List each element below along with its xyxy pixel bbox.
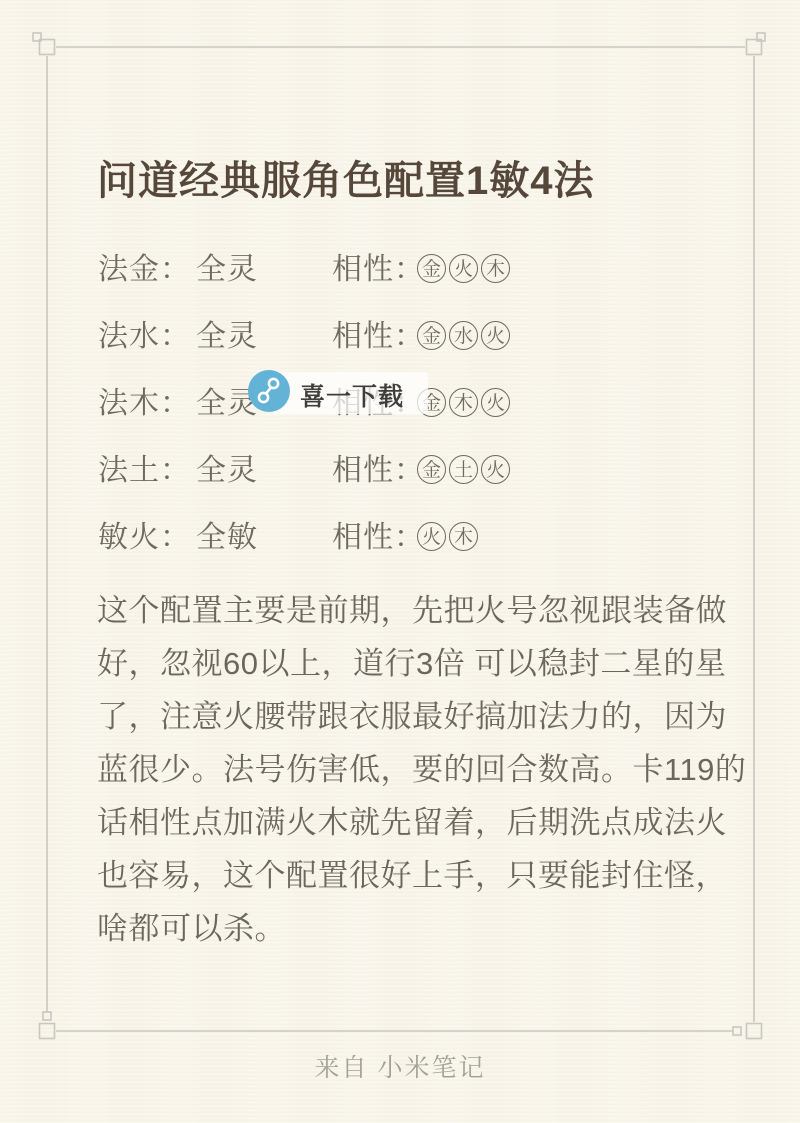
element-circles: 火 木 xyxy=(417,522,478,551)
element-circles: 金 土 火 xyxy=(417,455,510,484)
paragraph-line: 这个配置主要是前期，先把火号忽视跟装备做 xyxy=(97,584,746,637)
element-circle: 火 xyxy=(481,388,510,417)
watermark: 喜一下载 xyxy=(248,368,418,416)
role-label: 法水： xyxy=(98,317,196,357)
element-circle: 水 xyxy=(449,321,478,350)
watermark-text: 喜一下载 xyxy=(300,377,404,413)
frame-corner-top-left xyxy=(33,33,55,55)
share-link-icon xyxy=(248,370,290,412)
frame-corner-top-right xyxy=(747,33,766,55)
element-circle: 木 xyxy=(481,254,510,283)
paragraph-line: 了，注意火腰带跟衣服最好搞加法力的，因为 xyxy=(97,690,746,743)
config-row-minhuo: 敏火： 全敏 相性： 火 木 xyxy=(98,518,510,585)
element-circle: 木 xyxy=(449,388,478,417)
element-circle: 火 xyxy=(417,522,446,551)
paragraph-line: 话相性点加满火木就先留着，后期洗点成法火 xyxy=(97,796,746,849)
element-circle: 木 xyxy=(449,522,478,551)
paragraph-line: 啥都可以杀。 xyxy=(97,902,746,955)
paragraph-line: 好，忽视60以上，道行3倍 可以稳封二星的星 xyxy=(97,637,746,690)
page-title: 问道经典服角色配置1敏4法 xyxy=(97,149,595,206)
config-list: 法金： 全灵 相性： 金 火 木 法水： 全灵 相性： 金 水 火 法木： 全灵… xyxy=(98,250,510,585)
element-circles: 金 木 火 xyxy=(417,388,510,417)
frame-corner-bottom-right xyxy=(733,1024,762,1039)
role-label: 法木： xyxy=(98,384,196,424)
attribute-label: 相性： xyxy=(332,518,417,558)
element-circles: 金 火 木 xyxy=(417,254,510,283)
role-label: 法金： xyxy=(98,250,196,290)
role-value: 全灵 xyxy=(196,250,332,290)
attribute-label: 相性： xyxy=(332,317,417,357)
element-circle: 火 xyxy=(481,455,510,484)
element-circle: 金 xyxy=(417,254,446,283)
frame-corner-bottom-left xyxy=(40,1012,55,1039)
paragraph-line: 也容易，这个配置很好上手，只要能封住怪， xyxy=(97,849,746,902)
element-circle: 金 xyxy=(417,455,446,484)
element-circle: 火 xyxy=(449,254,478,283)
element-circles: 金 水 火 xyxy=(417,321,510,350)
role-label: 敏火： xyxy=(98,518,196,558)
note-page: { "page": { "title": "问道经典服角色配置1敏4法", "f… xyxy=(0,0,800,1123)
config-row-fajin: 法金： 全灵 相性： 金 火 木 xyxy=(98,250,510,317)
element-circle: 土 xyxy=(449,455,478,484)
attribute-label: 相性： xyxy=(332,451,417,491)
role-value: 全灵 xyxy=(196,317,332,357)
role-label: 法土： xyxy=(98,451,196,491)
config-row-fatu: 法土： 全灵 相性： 金 土 火 xyxy=(98,451,510,518)
role-value: 全灵 xyxy=(196,451,332,491)
source-attribution: 来自 小米笔记 xyxy=(0,1048,800,1084)
attribute-label: 相性： xyxy=(332,250,417,290)
paragraph-line: 蓝很少。法号伤害低，要的回合数高。卡119的 xyxy=(97,743,746,796)
element-circle: 金 xyxy=(417,321,446,350)
element-circle: 火 xyxy=(481,321,510,350)
guide-paragraph: 这个配置主要是前期，先把火号忽视跟装备做 好，忽视60以上，道行3倍 可以稳封二… xyxy=(97,584,746,955)
role-value: 全敏 xyxy=(196,518,332,558)
